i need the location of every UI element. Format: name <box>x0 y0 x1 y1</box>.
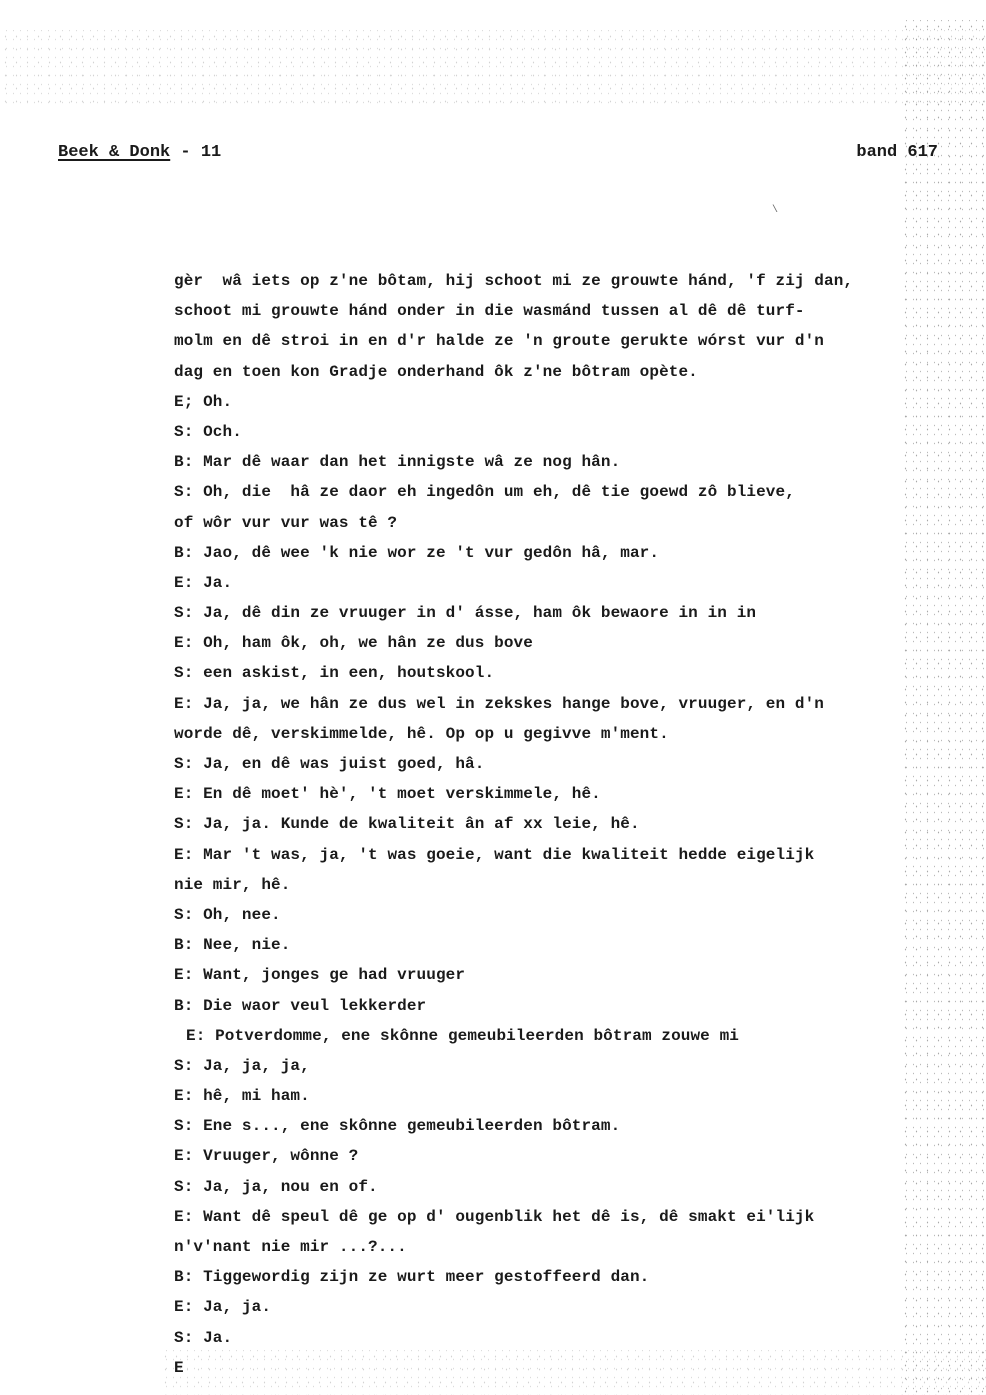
utterance-text: schoot mi grouwte hánd onder in die wasm… <box>174 302 805 320</box>
speaker-label: E: <box>174 966 203 984</box>
transcript-line: S: Ja, ja, ja, <box>174 1051 914 1081</box>
transcript-line: E: Vruuger, wônne ? <box>174 1141 914 1171</box>
speaker-label: S: <box>174 664 203 682</box>
transcript-line: E <box>174 1353 914 1383</box>
speaker-label: B: <box>174 453 203 471</box>
utterance-text: Die waor veul lekkerder <box>203 997 426 1015</box>
speaker-label: B: <box>174 544 203 562</box>
speaker-label: E: <box>186 1027 215 1045</box>
utterance-text: n'v'nant nie mir ...?... <box>174 1238 407 1256</box>
page-header: Beek & Donk - 11 band 617 <box>58 143 938 171</box>
transcript-line: B: Jao, dê wee 'k nie wor ze 't vur gedô… <box>174 538 914 568</box>
transcript-line: E: Want dê speul dê ge op d' ougenblik h… <box>174 1202 914 1232</box>
header-tape-number: band 617 <box>856 143 938 162</box>
transcript-line: n'v'nant nie mir ...?... <box>174 1232 914 1262</box>
utterance-text: Ja, ja, nou en of. <box>203 1178 378 1196</box>
utterance-text: Oh, die hâ ze daor eh ingedôn um eh, dê … <box>203 483 795 501</box>
utterance-text: Tiggewordig zijn ze wurt meer gestoffeer… <box>203 1268 649 1286</box>
utterance-text: een askist, in een, houtskool. <box>203 664 494 682</box>
speaker-label: E: <box>174 695 203 713</box>
stray-tick-mark: \ <box>772 205 778 216</box>
transcript-line: S: Oh, nee. <box>174 900 914 930</box>
utterance-text: Och. <box>203 423 242 441</box>
speaker-label: S: <box>174 604 203 622</box>
transcript-line: E: hê, mi ham. <box>174 1081 914 1111</box>
transcript-line: S: Ja, en dê was juist goed, hâ. <box>174 749 914 779</box>
transcript-line: S: een askist, in een, houtskool. <box>174 658 914 688</box>
transcript-line: S: Ja, ja. Kunde de kwaliteit ân af xx l… <box>174 809 914 839</box>
speaker-label: S: <box>174 1178 203 1196</box>
transcript-line: E: Potverdomme, ene skônne gemeubileerde… <box>174 1021 914 1051</box>
scan-speckle-top <box>0 30 986 110</box>
speaker-label: E: <box>174 1298 203 1316</box>
utterance-text: Potverdomme, ene skônne gemeubileerden b… <box>215 1027 739 1045</box>
speaker-label: B: <box>174 1268 203 1286</box>
speaker-label: S: <box>174 423 203 441</box>
utterance-text: En dê moet' hè', 't moet verskimmele, hê… <box>203 785 601 803</box>
header-page-number: - 11 <box>170 143 221 162</box>
transcript-line: E: En dê moet' hè', 't moet verskimmele,… <box>174 779 914 809</box>
utterance-text: worde dê, verskimmelde, hê. Op op u gegi… <box>174 725 669 743</box>
speaker-label: S: <box>174 815 203 833</box>
transcript-line: dag en toen kon Gradje onderhand ôk z'ne… <box>174 357 914 387</box>
utterance-text: hê, mi ham. <box>203 1087 310 1105</box>
utterance-text: Jao, dê wee 'k nie wor ze 't vur gedôn h… <box>203 544 659 562</box>
utterance-text: Mar dê waar dan het innigste wâ ze nog h… <box>203 453 620 471</box>
transcript-line: worde dê, verskimmelde, hê. Op op u gegi… <box>174 719 914 749</box>
utterance-text: nie mir, hê. <box>174 876 290 894</box>
speaker-label: E: <box>174 1147 203 1165</box>
utterance-text: Ja, ja. <box>203 1298 271 1316</box>
utterance-text: Ja. <box>203 574 232 592</box>
utterance-text: Ja, dê din ze vruuger in d' ásse, ham ôk… <box>203 604 756 622</box>
transcript-line: B: Die waor veul lekkerder <box>174 991 914 1021</box>
speaker-label: B: <box>174 936 203 954</box>
speaker-label: S: <box>174 483 203 501</box>
utterance-text: Mar 't was, ja, 't was goeie, want die k… <box>203 846 814 864</box>
transcript-line: schoot mi grouwte hánd onder in die wasm… <box>174 296 914 326</box>
transcript-line: S: Ja. <box>174 1323 914 1353</box>
speaker-label: S: <box>174 1329 203 1347</box>
speaker-label: S: <box>174 906 203 924</box>
speaker-label: E: <box>174 634 203 652</box>
utterance-text: Oh. <box>203 393 232 411</box>
utterance-text: Oh, nee. <box>203 906 281 924</box>
transcript-line: E: Want, jonges ge had vruuger <box>174 960 914 990</box>
transcript-line: S: Oh, die hâ ze daor eh ingedôn um eh, … <box>174 477 914 507</box>
transcript-line: B: Tiggewordig zijn ze wurt meer gestoff… <box>174 1262 914 1292</box>
speaker-label: E: <box>174 574 203 592</box>
speaker-label: S: <box>174 1117 203 1135</box>
transcript-line: of wôr vur vur was tê ? <box>174 508 914 538</box>
transcript-line: S: Ja, ja, nou en of. <box>174 1172 914 1202</box>
speaker-label: B: <box>174 997 203 1015</box>
utterance-text: Ja, ja, we hân ze dus wel in zekskes han… <box>203 695 824 713</box>
utterance-text: Want, jonges ge had vruuger <box>203 966 465 984</box>
utterance-text: Want dê speul dê ge op d' ougenblik het … <box>203 1208 814 1226</box>
utterance-text: Ja, ja, ja, <box>203 1057 310 1075</box>
utterance-text: gèr wâ iets op z'ne bôtam, hij schoot mi… <box>174 272 853 290</box>
speaker-label: E: <box>174 1208 203 1226</box>
utterance-text: Ja. <box>203 1329 232 1347</box>
transcript-line: E: Ja. <box>174 568 914 598</box>
header-location: Beek & Donk - 11 <box>58 143 221 162</box>
transcript-line: S: Och. <box>174 417 914 447</box>
transcript-line: B: Nee, nie. <box>174 930 914 960</box>
transcript-line: E; Oh. <box>174 387 914 417</box>
speaker-label: E; <box>174 393 203 411</box>
transcript-line: molm en dê stroi in en d'r halde ze 'n g… <box>174 326 914 356</box>
speaker-label: E: <box>174 785 203 803</box>
speaker-label: S: <box>174 1057 203 1075</box>
utterance-text: molm en dê stroi in en d'r halde ze 'n g… <box>174 332 824 350</box>
utterance-text: Ja, ja. Kunde de kwaliteit ân af xx leie… <box>203 815 640 833</box>
speaker-label: E: <box>174 846 203 864</box>
speaker-label: E: <box>174 1087 203 1105</box>
transcript-line: E: Oh, ham ôk, oh, we hân ze dus bove <box>174 628 914 658</box>
utterance-text: of wôr vur vur was tê ? <box>174 514 397 532</box>
utterance-text: Ja, en dê was juist goed, hâ. <box>203 755 484 773</box>
utterance-text: Oh, ham ôk, oh, we hân ze dus bove <box>203 634 533 652</box>
utterance-text: Nee, nie. <box>203 936 290 954</box>
transcript-line: E: Ja, ja, we hân ze dus wel in zekskes … <box>174 689 914 719</box>
transcript-line: S: Ene s..., ene skônne gemeubileerden b… <box>174 1111 914 1141</box>
transcript-line: E: Ja, ja. <box>174 1292 914 1322</box>
transcript-line: E: Mar 't was, ja, 't was goeie, want di… <box>174 840 914 870</box>
transcript-body: gèr wâ iets op z'ne bôtam, hij schoot mi… <box>174 266 914 1383</box>
utterance-text: dag en toen kon Gradje onderhand ôk z'ne… <box>174 363 698 381</box>
speaker-label: S: <box>174 755 203 773</box>
header-place-name: Beek & Donk <box>58 143 170 162</box>
utterance-text: Ene s..., ene skônne gemeubileerden bôtr… <box>203 1117 620 1135</box>
transcript-line: B: Mar dê waar dan het innigste wâ ze no… <box>174 447 914 477</box>
utterance-text: Vruuger, wônne ? <box>203 1147 358 1165</box>
transcript-line: gèr wâ iets op z'ne bôtam, hij schoot mi… <box>174 266 914 296</box>
transcript-line: S: Ja, dê din ze vruuger in d' ásse, ham… <box>174 598 914 628</box>
transcript-page: Beek & Donk - 11 band 617 \ gèr wâ iets … <box>0 0 986 1395</box>
transcript-line: nie mir, hê. <box>174 870 914 900</box>
speaker-label: E <box>174 1359 184 1377</box>
